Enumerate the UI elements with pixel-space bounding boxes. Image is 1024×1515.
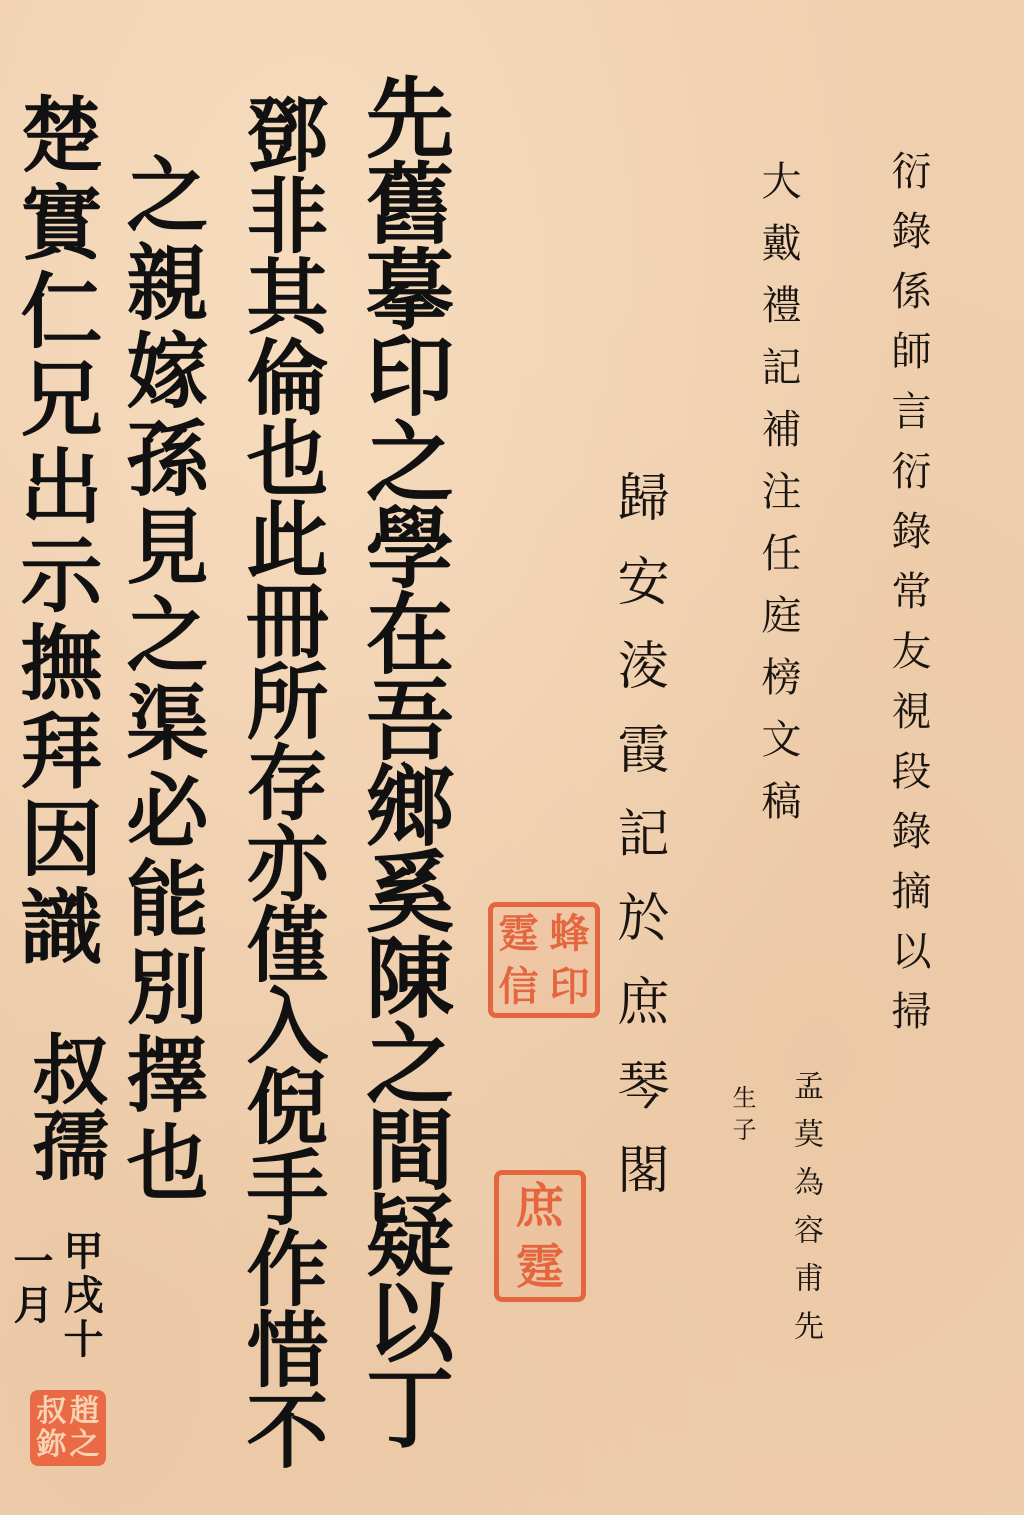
signature-column: 叔孺 xyxy=(26,1030,102,1182)
seal-lower: 庶 霆 xyxy=(494,1170,586,1302)
calligraphy-column-l3: 之親嫁孫見之渠必能別擇也 xyxy=(120,152,202,1208)
inscription-column-r5: 歸安淩霞記於庶琴閣 xyxy=(612,470,664,1226)
seal-char: 庶 xyxy=(516,1182,564,1230)
calligraphy-column-l2: 鄧非其倫也此冊所存亦僅入倪手作惜不 xyxy=(240,92,322,1469)
seal-char: 蜂 xyxy=(550,914,590,954)
inscription-column-r3: 孟莫為容甫先 xyxy=(790,1070,820,1358)
inscription-column-r1: 衍錄係師言衍錄常友視段錄摘以掃 xyxy=(888,150,928,1050)
seal-upper: 霆 蜂 信 印 xyxy=(488,902,600,1018)
seal-char: 信 xyxy=(499,967,539,1007)
seal-char: 叔 xyxy=(37,1397,67,1427)
seal-char: 趙 xyxy=(70,1397,100,1427)
calligraphy-column-l1: 先舊摹印之學在吾鄉奚陳之間疑以丁 xyxy=(360,72,448,1448)
seal-char: 霆 xyxy=(516,1243,564,1291)
seal-artist: 叔 趙 鉨 之 xyxy=(30,1390,106,1466)
inscription-column-r2: 大戴禮記補注任庭榜文稿 xyxy=(758,160,798,842)
seal-char: 霆 xyxy=(499,914,539,954)
date-line-1: 甲戌十 xyxy=(60,1230,100,1362)
date-line-2: 一月 xyxy=(10,1240,50,1328)
seal-char: 之 xyxy=(70,1430,100,1460)
inscription-column-r4: 生子 xyxy=(730,1085,754,1149)
seal-char: 印 xyxy=(550,967,590,1007)
seal-char: 鉨 xyxy=(37,1430,67,1460)
calligraphy-column-l4: 楚實仁兄出示撫拜因識 xyxy=(14,92,96,972)
